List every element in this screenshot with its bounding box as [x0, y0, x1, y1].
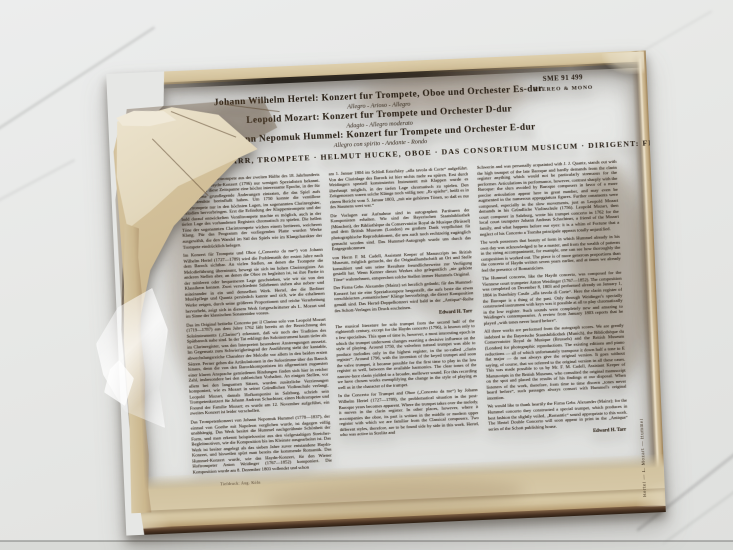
paragraph: Schwerin and was personally acquainted w… — [477, 159, 620, 237]
paragraph: Im Konzert für Trompete und Oboe („Conce… — [183, 247, 325, 320]
liner-notes-column-2: am 1. Januar 1804 im Schloß Esterházy „a… — [328, 165, 481, 469]
paragraph: The musical literature for solo trumpet … — [335, 318, 477, 391]
marble-tile-edge — [0, 541, 733, 550]
paragraph: Der Firma Gebr. Alexander (Mainz) sei he… — [333, 280, 474, 314]
paragraph: Das im Original betitelte Concerto per i… — [186, 316, 330, 416]
paragraph: Das Trompetenkonzert von Johann Nepomuk … — [190, 414, 332, 476]
paragraph: We would like to thank heartily the Firm… — [487, 398, 628, 432]
worn-corner — [602, 52, 645, 76]
liner-notes: Die Literatur für Solotrompete aus der z… — [180, 159, 630, 476]
paragraph: All three works are performed from the a… — [484, 323, 627, 401]
marble-vein — [0, 159, 75, 203]
liner-notes-column-3: Schwerin and was personally acquainted w… — [477, 159, 630, 463]
record-sleeve: SME 91 499 STEREO & MONO Johann Wilhelm … — [106, 50, 666, 535]
paragraph: Die Vorlagen zur Aufnahme sind in autogr… — [330, 207, 471, 252]
paragraph: von Herrn F. M. Cadell, Assistant Keeper… — [332, 249, 473, 283]
liner-notes-column-1: Die Literatur für Solotrompete aus der z… — [180, 172, 333, 476]
worn-corner — [634, 480, 665, 507]
marble-vein — [662, 467, 733, 545]
paragraph: The Hummel concerto, like the Haydn conc… — [482, 270, 624, 326]
marble-tile-line — [0, 540, 733, 542]
plastic-inner-sleeve-corner — [96, 288, 168, 428]
paragraph: am 1. Januar 1804 im Schloß Esterházy „a… — [328, 165, 469, 210]
paragraph: In the Concerto for Trumpet and Oboe („C… — [338, 388, 479, 438]
photo-scene: SME 91 499 STEREO & MONO Johann Wilhelm … — [0, 0, 733, 550]
paragraph: The work possesses that beauty of form i… — [480, 234, 621, 273]
